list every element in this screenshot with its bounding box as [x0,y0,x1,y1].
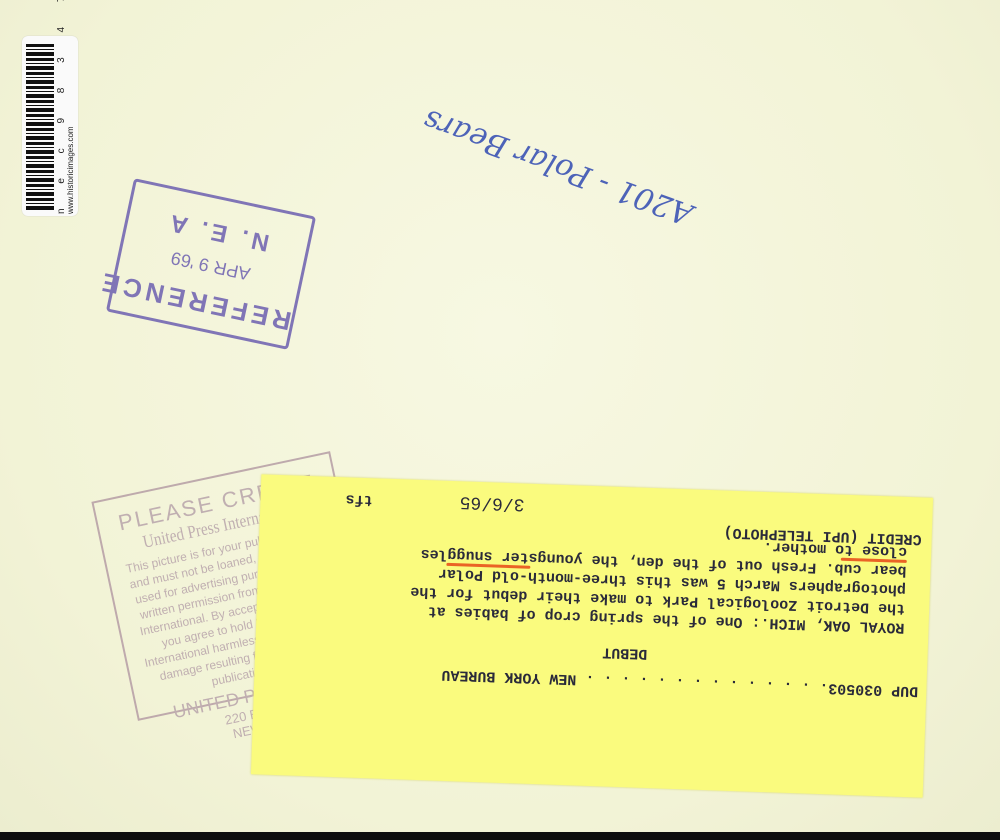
caption-date: 3/6/65 [459,491,524,513]
barcode-label: n e c 9 8 3 4 7 www.historicimages.com [22,36,78,216]
barcode-website: www.historicimages.com [66,126,75,214]
photo-back-paper: n e c 9 8 3 4 7 www.historicimages.com R… [0,0,1000,832]
reference-stamp: REFERENCE APR 9 '69 N. E. A [106,178,316,350]
caption-headline: DEBUT [602,643,648,662]
caption-initials: tfs [345,490,373,508]
barcode-icon [26,44,54,210]
caption-dup-line: DUP 030503. . . . . . . . . . . . . . NE… [441,666,918,700]
handwritten-note: A201 - Polar Bears [422,103,697,232]
caption-slip: DUP 030503. . . . . . . . . . . . . . NE… [251,474,933,797]
scan-border [0,832,1000,840]
